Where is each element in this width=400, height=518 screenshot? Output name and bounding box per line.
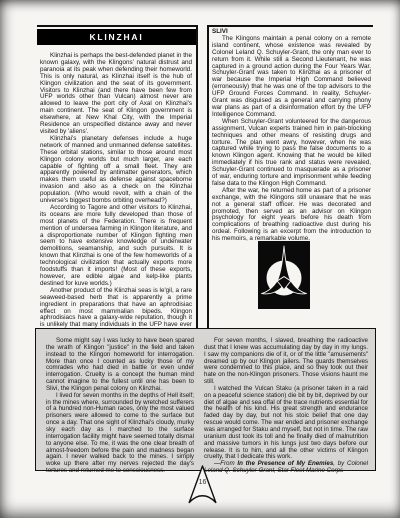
slivi-article: SLIVI The Klingons maintain a penal colo… — [212, 29, 371, 243]
klinzhai-paragraph: Klinzhai is perhaps the best-defended pl… — [40, 53, 192, 136]
slivi-paragraph: The Klingons maintain a penal colony on … — [212, 36, 371, 119]
klinzhai-article-text: Klinzhai is perhaps the best-defended pl… — [40, 53, 192, 364]
scanned-book-page: KLINZHAI Klinzhai is perhaps the best-de… — [0, 0, 400, 518]
right-column-left-rule — [207, 25, 209, 328]
page-number: 16 — [199, 479, 207, 486]
left-column-right-rule — [196, 25, 198, 328]
slivi-paragraph: After the war, he returned home as part … — [212, 188, 371, 243]
memoir-paragraph: For seven months, I slaved, breathing th… — [204, 338, 368, 386]
memoir-paragraph: Some might say I was lucky to have been … — [46, 338, 194, 393]
memoir-paragraph: I lived for seven months in the depths o… — [46, 393, 194, 475]
memoir-attribution: —From In the Presence of My Enemies, by … — [204, 461, 368, 475]
memoir-excerpt-box: Some might say I was lucky to have been … — [35, 328, 376, 471]
klinzhai-section-title: KLINZHAI — [89, 32, 143, 42]
klinzhai-paragraph: Klinzhai's planetary defenses include a … — [40, 136, 192, 205]
klingon-empire-emblem-icon — [258, 241, 310, 309]
klinzhai-section-header: KLINZHAI — [37, 29, 196, 45]
memoir-excerpt-left-column: Some might say I was lucky to have been … — [46, 338, 194, 475]
right-column-top-rule — [207, 25, 373, 27]
memoir-excerpt-right-column: For seven months, I slaved, breathing th… — [204, 338, 368, 475]
left-column-top-rule — [37, 25, 196, 27]
slivi-paragraph: When Schuyler-Grant volunteered for the … — [212, 119, 371, 188]
memoir-paragraph: I watched the Vulcan Staku (a prisoner t… — [204, 386, 368, 461]
starfleet-delta-icon: 16 — [188, 465, 217, 504]
klinzhai-paragraph: According to Tagore and other visitors t… — [40, 205, 192, 288]
